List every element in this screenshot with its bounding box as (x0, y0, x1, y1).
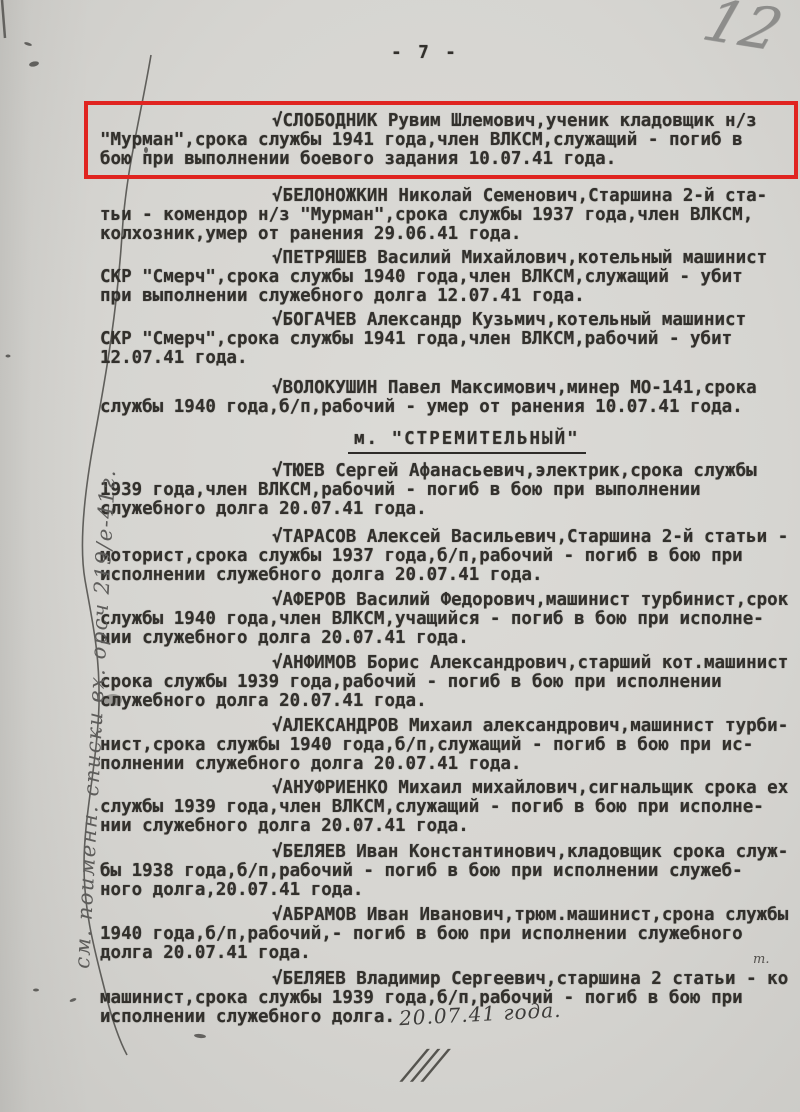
text-line: √ВОЛОКУШИН Павел Максимович,минер МО-141… (100, 379, 800, 398)
text-line: тьи - комендор н/з "Мурман",срока службы… (100, 206, 800, 225)
casualty-entry: √БЕЛОНОЖКИН Николай Семенович,Старшина 2… (100, 187, 800, 244)
text-line: √АБРАМОВ Иван Иванович,трюм.машинист,сро… (100, 906, 800, 925)
text-line: нии служебного долга 20.07.41 года. (100, 629, 800, 648)
text-line: ного долга,20.07.41 года. (100, 881, 800, 900)
text-line: √ТАРАСОВ Алексей Васильевич,Старшина 2-й… (100, 528, 800, 547)
casualty-entry: √СЛОБОДНИК Рувим Шлемович,ученик кладовщ… (100, 112, 800, 169)
casualty-entry: √ВОЛОКУШИН Павел Максимович,минер МО-141… (100, 379, 800, 417)
text-line: СКР "Смерч",срока службы 1941 года,член … (100, 330, 800, 349)
text-line: бою при выполнении боевого задания 10.07… (100, 150, 800, 169)
text-line: "Мурман",срока службы 1941 года,член ВЛК… (100, 131, 800, 150)
text-line: √АФЕРОВ Василий Федорович,машинист турби… (100, 591, 800, 610)
text-line: службы 1939 года,член ВЛКСМ,служащий - п… (100, 798, 800, 817)
casualty-entry: √АБРАМОВ Иван Иванович,трюм.машинист,сро… (100, 906, 800, 963)
text-line: службы 1940 года,б/п,рабочий - умер от р… (100, 398, 800, 417)
text-line: 1940 года,б/п,рабочий,- погиб в бою при … (100, 925, 800, 944)
text-line: √ПЕТРЯШЕВ Василий Михайлович,котельный м… (100, 249, 800, 268)
text-line: √БЕЛЯЕВ Владимир Сергеевич,старшина 2 ст… (100, 970, 800, 989)
text-line: срока службы 1939 года,рабочий - погиб в… (100, 673, 800, 692)
casualty-entry: √АНФИМОВ Борис Александрович,старший кот… (100, 654, 800, 711)
text-line: службы 1940 года,член ВЛКСМ,учащийся - п… (100, 610, 800, 629)
section-heading: м. "СТРЕМИТЕЛЬНЫЙ" (348, 430, 586, 454)
text-line: √БЕЛОНОЖКИН Николай Семенович,Старшина 2… (100, 187, 800, 206)
page-number: - 7 - (0, 44, 800, 63)
text-line: исполнении служебного долга 20.07.41 год… (100, 566, 800, 585)
text-line: полнении служебного долга 20.07.41 года. (100, 755, 800, 774)
document-scan-page: { "page": { "typed_page_number": "- 7 -"… (0, 0, 800, 1112)
text-line: √АЛЕКСАНДРОВ Михаил александрович,машини… (100, 717, 800, 736)
casualty-entry: √ТАРАСОВ Алексей Васильевич,Старшина 2-й… (100, 528, 800, 585)
edge-mark (2, 0, 5, 38)
text-line: √БОГАЧЕВ Александр Кузьмич,котельный маш… (100, 311, 800, 330)
text-line: нист,срока службы 1940 года,б/п,служащий… (100, 736, 800, 755)
text-line: служебного долга 20.07.41 года. (100, 500, 800, 519)
casualty-entry: √АЛЕКСАНДРОВ Михаил александрович,машини… (100, 717, 800, 774)
text-line: √АНФИМОВ Борис Александрович,старший кот… (100, 654, 800, 673)
casualty-entry: √АНУФРИЕНКО Михаил михайлович,сигнальщик… (100, 779, 800, 836)
text-line: нии служебного долга 20.07.41 года. (100, 817, 800, 836)
text-line: 12.07.41 года. (100, 349, 800, 368)
casualty-entry: √БОГАЧЕВ Александр Кузьмич,котельный маш… (100, 311, 800, 368)
casualty-entry: √ПЕТРЯШЕВ Василий Михайлович,котельный м… (100, 249, 800, 306)
text-line: колхозник,умер от ранения 29.06.41 года. (100, 225, 800, 244)
text-line: √АНУФРИЕНКО Михаил михайлович,сигнальщик… (100, 779, 800, 798)
text-line: √БЕЛЯЕВ Иван Константинович,кладовщик ср… (100, 843, 800, 862)
casualty-entry: √АФЕРОВ Василий Федорович,машинист турби… (100, 591, 800, 648)
text-line: √СЛОБОДНИК Рувим Шлемович,ученик кладовщ… (100, 112, 800, 131)
text-line: СКР "Смерч",срока службы 1940 года,член … (100, 268, 800, 287)
text-line: при выполнении служебного долга 12.07.41… (100, 287, 800, 306)
text-line: 1939 года,член ВЛКСМ,рабочий - погиб в б… (100, 481, 800, 500)
text-line: долга 20.07.41 года. (100, 944, 800, 963)
text-line: бы 1938 года,б/п,рабочий - погиб в бою п… (100, 862, 800, 881)
text-line: √ТЮЕВ Сергей Афанасьевич,электрик,срока … (100, 462, 800, 481)
text-line: служебного долга 20.07.41 года. (100, 692, 800, 711)
text-line: моторист,срока службы 1937 года,б/п,рабо… (100, 547, 800, 566)
casualty-entry: √БЕЛЯЕВ Иван Константинович,кладовщик ср… (100, 843, 800, 900)
pencil-insert-note: т. (753, 952, 769, 967)
casualty-entry: √ТЮЕВ Сергей Афанасьевич,электрик,срока … (100, 462, 800, 519)
